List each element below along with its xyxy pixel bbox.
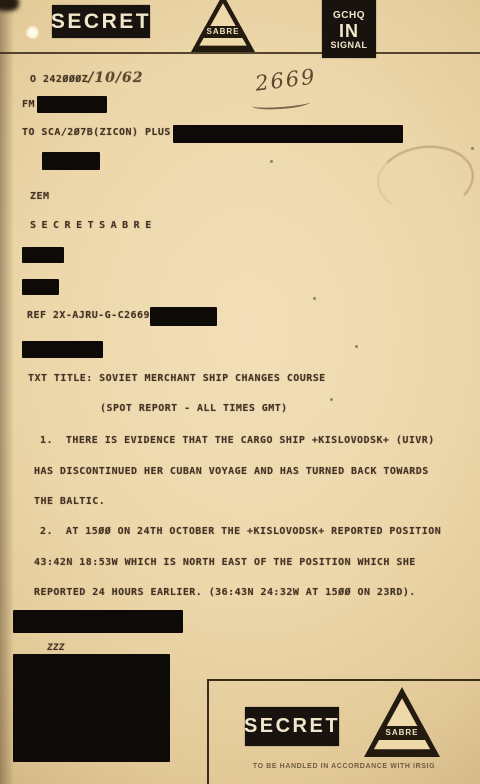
dtg-typed: O 242ØØØZ <box>30 74 88 85</box>
gchq-in-signal-stamp: GCHQ IN SIGNAL <box>322 0 376 58</box>
to-line: TO SCA/2Ø7B(ZICON) PLUS <box>22 127 171 138</box>
paper-speck <box>313 297 316 300</box>
para2-line1: 2. AT 15ØØ ON 24TH OCTOBER THE +KISLOVOD… <box>40 526 441 537</box>
fm-label: FM <box>22 99 35 110</box>
dtg-line: O 242ØØØZ/10/62 <box>30 70 143 86</box>
paper-speck <box>471 147 474 150</box>
txt-title-line: TXT TITLE: SOVIET MERCHANT SHIP CHANGES … <box>28 373 326 384</box>
gchq-line1: GCHQ <box>333 11 365 21</box>
redaction-bar-to <box>173 125 403 143</box>
scan-edge-shadow <box>0 0 14 784</box>
secret-stamp-top-label: SECRET <box>51 10 151 34</box>
redaction-box-1 <box>42 152 100 170</box>
secret-stamp-top: SECRET <box>52 5 150 38</box>
paper-speck <box>355 345 358 348</box>
para2-line2: 43:42N 18:53W WHICH IS NORTH EAST OF THE… <box>34 557 416 568</box>
paper-speck <box>270 160 273 163</box>
sabre-label-top: SABRE <box>206 27 239 36</box>
redaction-box-4 <box>22 341 103 358</box>
para1-line2: HAS DISCONTINUED HER CUBAN VOYAGE AND HA… <box>34 466 429 477</box>
redaction-box-ref <box>150 307 217 326</box>
paper-speck <box>330 398 333 401</box>
handwritten-underline <box>252 97 311 111</box>
ref-line: REF 2X-AJRU-G-C2669/ <box>27 310 156 321</box>
redaction-bar-bottom <box>13 610 183 633</box>
redaction-block-large <box>13 654 170 762</box>
header-rule <box>0 52 480 54</box>
redaction-box-2 <box>22 247 64 263</box>
secret-stamp-bottom: SECRET <box>245 707 339 746</box>
redaction-box-3 <box>22 279 59 295</box>
handling-caveat: TO BE HANDLED IN ACCORDANCE WITH IRSIG <box>215 763 473 770</box>
document-page: { "document": { "header": { "secret_stam… <box>0 0 480 784</box>
zem-line: ZEM <box>30 191 49 202</box>
gchq-line3: SIGNAL <box>330 41 367 50</box>
redaction-box-fm <box>37 96 107 113</box>
secret-sabre-line: SECRETSABRE <box>30 220 157 231</box>
para1-line3: THE BALTIC. <box>34 496 105 507</box>
corner-smudge <box>0 0 19 11</box>
sabre-label-bottom: SABRE <box>385 728 418 737</box>
sabre-triangle-top-band: SABRE <box>196 26 250 38</box>
paper-flare-spot <box>26 26 39 39</box>
secret-stamp-bottom-label: SECRET <box>244 715 340 738</box>
end-marker: ZZZ <box>46 643 65 653</box>
sabre-triangle-top: SABRE <box>191 0 255 52</box>
para2-line3: REPORTED 24 HOURS EARLIER. (36:43N 24:32… <box>34 587 416 598</box>
para1-line1: 1. THERE IS EVIDENCE THAT THE CARGO SHIP… <box>40 435 435 446</box>
gchq-line2: IN <box>339 22 359 40</box>
handwritten-serial: 2669 <box>254 64 318 95</box>
subtitle-line: (SPOT REPORT - ALL TIMES GMT) <box>100 403 288 414</box>
dtg-handwritten: /10/62 <box>88 70 143 86</box>
embossed-oval-stamp <box>373 140 477 217</box>
